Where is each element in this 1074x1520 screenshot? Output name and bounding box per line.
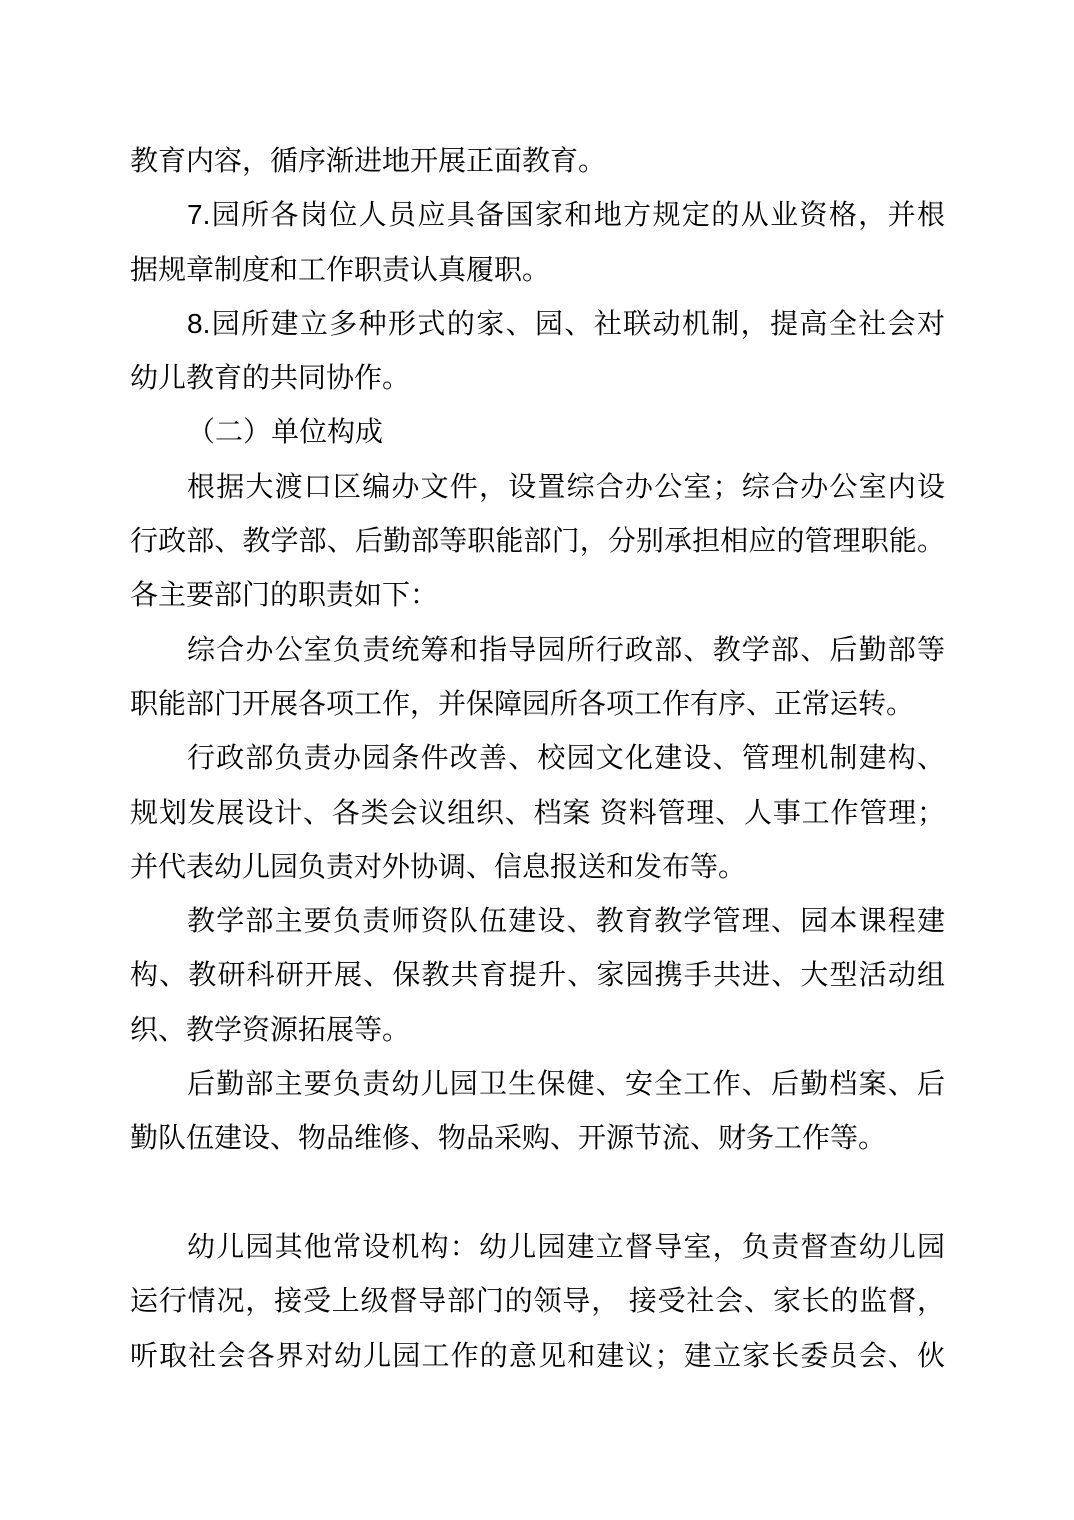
text-line: 教育内容，循序渐进地开展正面教育。 xyxy=(130,134,945,188)
text-line: 幼儿园其他常设机构：幼儿园建立督导室，负责督查幼儿园 xyxy=(130,1220,945,1274)
text-line: 规划发展设计、各类会议组织、档案 资料管理、人事工作管理； xyxy=(130,786,945,840)
blank-line xyxy=(130,1166,945,1220)
text-line: 听取社会各界对幼儿园工作的意见和建议；建立家长委员会、伙 xyxy=(130,1329,945,1383)
text-line: 运行情况，接受上级督导部门的领导， 接受社会、家长的监督， xyxy=(130,1274,945,1328)
text-line: 织、教学资源拓展等。 xyxy=(130,1003,945,1057)
text-line: 8.园所建立多种形式的家、园、社联动机制，提高全社会对 xyxy=(130,297,945,351)
text-line: 构、教研科研开展、保教共育提升、家园携手共进、大型活动组 xyxy=(130,948,945,1002)
text-line: 行政部、教学部、后勤部等职能部门，分别承担相应的管理职能。 xyxy=(130,514,945,568)
text-line: 勤队伍建设、物品维修、物品采购、开源节流、财务工作等。 xyxy=(130,1111,945,1165)
text-line: 据规章制度和工作职责认真履职。 xyxy=(130,243,945,297)
text-line: 7.园所各岗位人员应具备国家和地方规定的从业资格，并根 xyxy=(130,188,945,242)
text-line: 职能部门开展各项工作，并保障园所各项工作有序、正常运转。 xyxy=(130,677,945,731)
text-line: 幼儿教育的共同协作。 xyxy=(130,351,945,405)
text-line: 行政部负责办园条件改善、校园文化建设、管理机制建构、 xyxy=(130,731,945,785)
text-line: 根据大渡口区编办文件，设置综合办公室；综合办公室内设 xyxy=(130,460,945,514)
text-line: 教学部主要负责师资队伍建设、教育教学管理、园本课程建 xyxy=(130,894,945,948)
text-line: 各主要部门的职责如下： xyxy=(130,568,945,622)
document-page: 教育内容，循序渐进地开展正面教育。7.园所各岗位人员应具备国家和地方规定的从业资… xyxy=(0,0,1074,1520)
text-line: 综合办公室负责统筹和指导园所行政部、教学部、后勤部等 xyxy=(130,623,945,677)
text-line: （二）单位构成 xyxy=(130,405,945,459)
text-line: 并代表幼儿园负责对外协调、信息报送和发布等。 xyxy=(130,840,945,894)
document-text-block: 教育内容，循序渐进地开展正面教育。7.园所各岗位人员应具备国家和地方规定的从业资… xyxy=(130,134,945,1383)
text-line: 后勤部主要负责幼儿园卫生保健、安全工作、后勤档案、后 xyxy=(130,1057,945,1111)
